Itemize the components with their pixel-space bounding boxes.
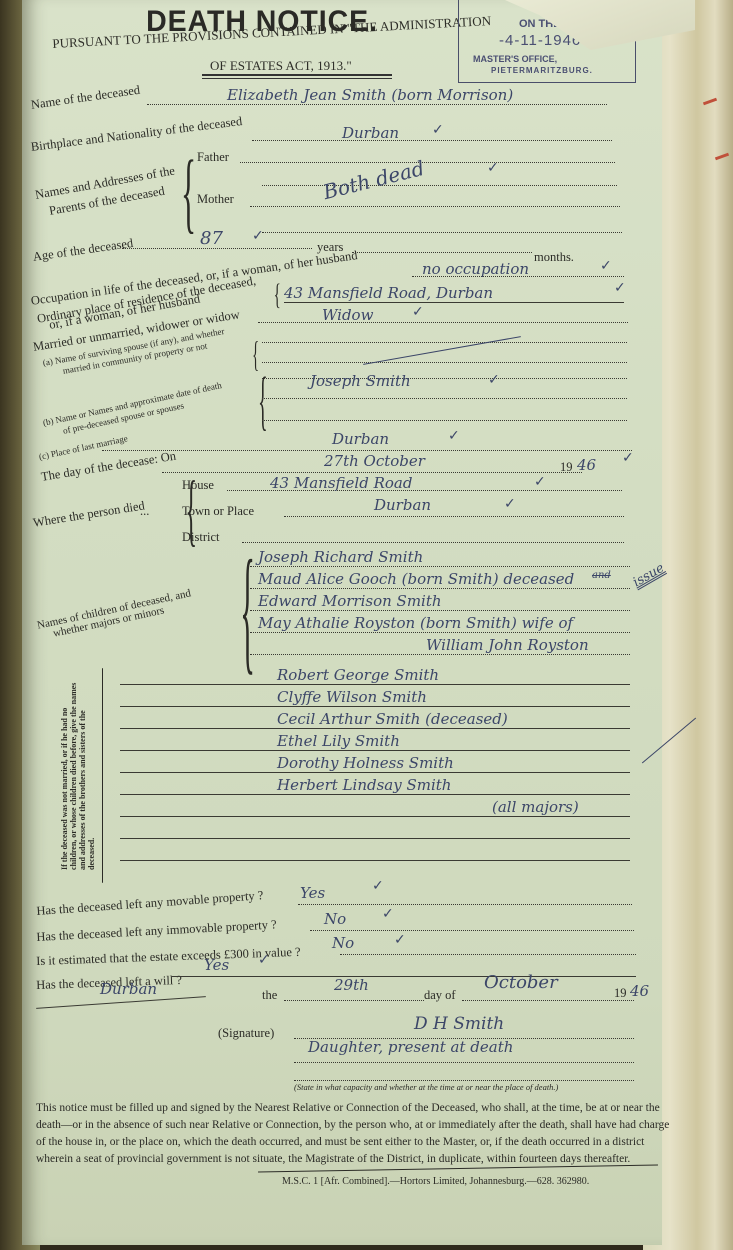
child-name: William John Royston — [426, 636, 589, 654]
check-icon: ✓ — [432, 122, 444, 138]
capacity-line-2 — [294, 1080, 634, 1081]
estate-value: No — [332, 934, 354, 952]
immovable-line — [310, 930, 634, 931]
document-subtitle-2: OF ESTATES ACT, 1913." — [210, 58, 352, 74]
child-line — [120, 706, 630, 707]
month-line — [462, 1000, 634, 1001]
child-name: Ethel Lily Smith — [277, 732, 400, 750]
movable-value: Yes — [300, 884, 325, 902]
check-icon: ✓ — [488, 372, 500, 388]
capacity-value: Daughter, present at death — [308, 1038, 513, 1056]
month-value: October — [484, 972, 558, 993]
signature-label: (Signature) — [218, 1026, 274, 1041]
dated-at-value: Durban — [100, 980, 157, 998]
occupation-value: no occupation — [422, 260, 529, 278]
capacity-hint: (State in what capacity and whether at t… — [294, 1082, 558, 1092]
child-name: Edward Morrison Smith — [258, 592, 442, 610]
death-notice-page: DEATH NOTICE. PURSUANT TO THE PROVISIONS… — [22, 0, 662, 1245]
children-margin-note: issue — [630, 561, 667, 591]
children-majors-note: (all majors) — [492, 798, 579, 816]
check-icon: ✓ — [258, 952, 270, 968]
check-icon: ✓ — [504, 496, 516, 512]
title-rule — [202, 74, 392, 79]
sign-year-prefix: 19 — [614, 986, 627, 1001]
age-label: Age of the deceased — [32, 236, 134, 265]
marriage-line — [102, 450, 632, 451]
red-tab — [703, 98, 717, 106]
death-year-prefix: 19 — [560, 460, 573, 475]
marriage-place-value: Durban — [332, 430, 389, 448]
movable-label: Has the deceased left any movable proper… — [36, 888, 264, 919]
parents-value: Both dead — [321, 156, 427, 204]
check-icon: ✓ — [600, 258, 612, 274]
child-name: Cecil Arthur Smith (deceased) — [277, 710, 508, 728]
check-icon: ✓ — [252, 228, 264, 244]
day-of-label: day of — [424, 988, 456, 1003]
will-line — [172, 976, 636, 977]
residence-line — [284, 302, 624, 303]
the-label: the — [262, 988, 277, 1003]
child-inline-note: and — [592, 570, 611, 581]
predeceased-line-2 — [262, 398, 627, 399]
mother-line — [250, 206, 620, 207]
months-label: months. — [534, 250, 574, 265]
where-died-ellipsis: ... — [140, 504, 149, 519]
residence-value: 43 Mansfield Road, Durban — [284, 284, 493, 302]
father-line-2 — [262, 185, 617, 186]
where-died-label: Where the person died — [32, 498, 146, 530]
predeceased-value: Joseph Smith — [310, 372, 411, 390]
check-icon: ✓ — [382, 906, 394, 922]
predeceased-line-3 — [262, 420, 627, 421]
check-icon: ✓ — [487, 160, 499, 176]
birthplace-label: Birthplace and Nationality of the deceas… — [30, 114, 243, 155]
child-line — [120, 794, 630, 795]
child-name: Maud Alice Gooch (born Smith) deceased — [258, 570, 574, 588]
check-icon: ✓ — [372, 878, 384, 894]
stamp-office: MASTER'S OFFICE, — [473, 54, 557, 64]
check-icon: ✓ — [534, 474, 546, 490]
spouse-line — [262, 342, 627, 343]
child-line — [250, 566, 630, 567]
child-name: Herbert Lindsay Smith — [277, 776, 451, 794]
sign-year-value: 46 — [630, 982, 649, 1000]
movable-line — [298, 904, 632, 905]
death-day-value: 27th October — [324, 452, 425, 470]
child-line — [120, 772, 630, 773]
instructions-paragraph: This notice must be filled up and signed… — [36, 1100, 676, 1168]
child-name: Dorothy Holness Smith — [277, 754, 454, 772]
brace: { — [274, 280, 281, 310]
check-icon: ✓ — [614, 280, 626, 296]
mother-label: Mother — [197, 192, 234, 207]
name-value: Elizabeth Jean Smith (born Morrison) — [227, 86, 513, 104]
birthplace-value: Durban — [342, 124, 399, 142]
brace: { — [181, 148, 196, 238]
district-label: District — [182, 530, 220, 545]
child-line — [120, 728, 630, 729]
printer-footer: M.S.C. 1 [Afr. Combined].—Hortors Limite… — [282, 1176, 589, 1187]
town-line — [284, 516, 624, 517]
check-icon: ✓ — [412, 304, 424, 320]
child-line — [250, 588, 630, 589]
siblings-note: If the deceased was not married, or if h… — [60, 680, 96, 870]
spouse-line-2 — [262, 362, 627, 363]
district-line — [242, 542, 624, 543]
town-label: Town or Place — [182, 504, 254, 519]
siblings-brace — [102, 668, 104, 883]
day-value: 29th — [334, 976, 369, 994]
check-icon: ✓ — [622, 450, 634, 466]
capacity-line — [294, 1062, 634, 1063]
red-tab — [715, 153, 729, 161]
day-line — [284, 1000, 424, 1001]
dated-at-line — [36, 996, 206, 1009]
mother-line-2 — [262, 232, 622, 233]
birthplace-line — [252, 140, 612, 141]
father-label: Father — [197, 150, 229, 165]
marital-value: Widow — [322, 306, 373, 324]
child-name: Clyffe Wilson Smith — [277, 688, 427, 706]
immovable-value: No — [324, 910, 346, 928]
child-line — [250, 610, 630, 611]
child-name: Joseph Richard Smith — [258, 548, 423, 566]
child-line — [250, 654, 630, 655]
town-value: Durban — [374, 496, 431, 514]
house-value: 43 Mansfield Road — [270, 474, 412, 492]
death-day-line — [162, 472, 582, 473]
child-name: Robert George Smith — [277, 666, 439, 684]
child-line — [120, 684, 630, 685]
father-line — [240, 162, 615, 163]
name-line — [147, 104, 607, 105]
check-icon: ✓ — [448, 428, 460, 444]
immovable-label: Has the deceased left any immovable prop… — [36, 917, 277, 945]
will-value: Yes — [204, 956, 229, 974]
child-line — [120, 860, 630, 861]
age-value: 87 — [200, 228, 223, 249]
child-line — [120, 750, 630, 751]
death-year-value: 46 — [577, 456, 596, 474]
child-line — [250, 632, 630, 633]
signature-value: D H Smith — [414, 1014, 504, 1034]
stamp-city: PIETERMARITZBURG. — [491, 66, 593, 75]
check-icon: ✓ — [394, 932, 406, 948]
months-line — [352, 252, 532, 253]
marital-line — [258, 322, 628, 323]
child-name: May Athalie Royston (born Smith) wife of — [258, 614, 573, 632]
child-line — [120, 816, 630, 817]
strike-line — [363, 336, 521, 365]
name-label: Name of the deceased — [30, 83, 141, 113]
house-label: House — [182, 478, 214, 493]
child-line — [120, 838, 630, 839]
estate-line — [340, 954, 636, 955]
